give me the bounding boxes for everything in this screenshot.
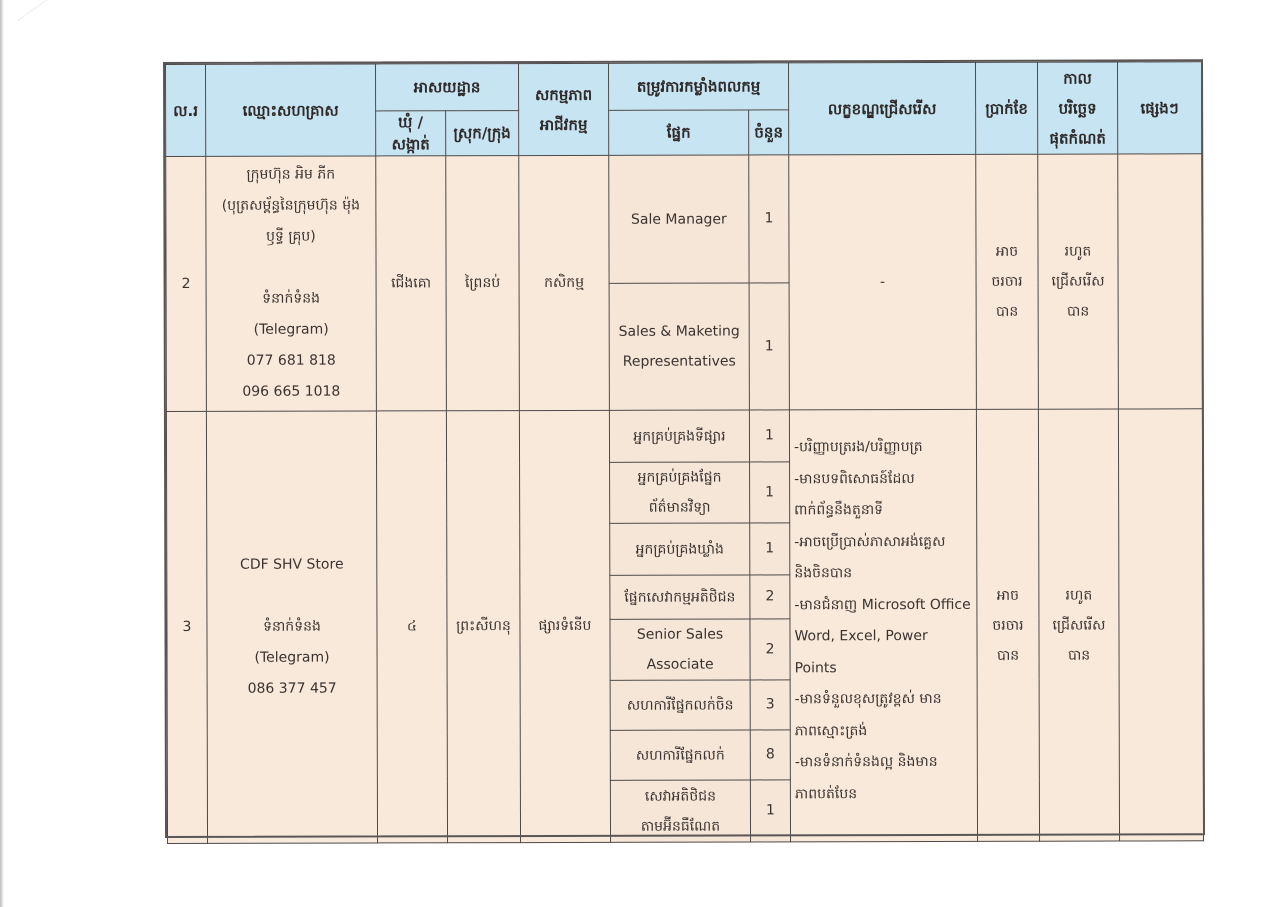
position-cell: Sales & MaketingRepresentatives xyxy=(609,283,749,410)
position-name-line: ផ្នែកសេវាកម្មអតិថិជន xyxy=(614,582,745,612)
phone-number: 086 377 457 xyxy=(212,673,373,704)
spacer xyxy=(210,252,371,283)
qualification-line: -បរិញ្ញាបត្ររង/បរិញ្ញាបត្រ xyxy=(794,432,972,464)
quantity-cell: 2 xyxy=(750,575,790,619)
header-position: ផ្នែក xyxy=(609,110,749,155)
quantity-cell: 1 xyxy=(749,283,789,410)
qualifications-cell: -បរិញ្ញាបត្ររង/បរិញ្ញាបត្រ-មានបទពិសោធន៍ដ… xyxy=(789,409,977,841)
qualification-line: -មានបទពិសោធន៍ដែល xyxy=(794,463,972,495)
table-body: 2ក្រុមហ៊ុន អិម ភីក(បុត្រសម្ព័ន្ធនៃក្រុមហ… xyxy=(166,154,1204,844)
quantity-cell: 3 xyxy=(750,680,790,730)
header-company-name: ឈ្មោះសហគ្រាស xyxy=(206,64,376,156)
scan-artifact xyxy=(17,0,66,44)
header-no: ល.រ xyxy=(166,64,206,156)
header-deadline-line: បរិច្ឆេទ xyxy=(1042,93,1113,123)
job-vacancy-table: ល.រ ឈ្មោះសហគ្រាស អាសយដ្ឋាន សកម្មភាព អាជី… xyxy=(165,61,1204,844)
phone-number: 096 665 1018 xyxy=(211,376,372,407)
header-other: ផ្សេងៗ xyxy=(1117,62,1201,154)
position-cell: ផ្នែកសេវាកម្មអតិថិជន xyxy=(610,575,750,619)
salary-line: ចរចារ xyxy=(981,267,1034,297)
table-header: ល.រ ឈ្មោះសហគ្រាស អាសយដ្ឋាន សកម្មភាព អាជី… xyxy=(166,62,1202,157)
qualification-line: ភាពស្មោះត្រង់ xyxy=(795,715,973,747)
quantity-cell: 1 xyxy=(750,780,790,842)
business-activity-cell: ផ្សារទំនើប xyxy=(519,410,610,842)
quantity-cell: 1 xyxy=(749,410,789,462)
district-cell: ព្រះសីហនុ xyxy=(446,411,520,843)
other-cell xyxy=(1118,154,1203,409)
quantity-cell: 1 xyxy=(749,155,789,283)
spacer xyxy=(211,580,372,611)
qualifications-cell: - xyxy=(789,154,977,409)
business-activity-cell: កសិកម្ម xyxy=(519,155,610,410)
position-name-line: Representatives xyxy=(614,346,745,376)
position-name-line: សេវាអតិថិជន xyxy=(615,781,746,811)
company-name-line: ក្រុមហ៊ុន អិម ភីក xyxy=(210,159,371,190)
header-qualifications: លក្ខខណ្ឌជ្រើសរើស xyxy=(788,62,975,154)
position-cell: អ្នកគ្រប់គ្រងឃ្លាំង xyxy=(610,523,750,575)
header-business-activity: សកម្មភាព អាជីវកម្ម xyxy=(519,63,609,155)
salary-cell: អាចចរចារបាន xyxy=(976,409,1039,841)
qualification-line: -មានទំនាក់ទំនងល្អ និងមាន xyxy=(795,747,973,779)
contact-channel: (Telegram) xyxy=(211,314,372,345)
header-deadline-line: កាល xyxy=(1042,63,1113,93)
salary-line: អាច xyxy=(981,580,1034,610)
position-name-line: សហការីផ្នែកលក់ចិន xyxy=(615,690,746,720)
deadline-cell: រហូតជ្រើសរើសបាន xyxy=(1038,409,1119,841)
qualification-line: ពាក់ព័ន្ធនឹងតួនាទី xyxy=(794,495,972,527)
commune-cell: ជើងគោ xyxy=(376,156,447,411)
deadline-cell: រហូតជ្រើសរើសបាន xyxy=(1038,154,1119,409)
position-name-line: សហការីផ្នែកលក់ xyxy=(615,740,746,770)
contact-channel: (Telegram) xyxy=(212,642,373,673)
position-cell: សហការីផ្នែកលក់ចិន xyxy=(610,680,750,730)
qualification-line: ភាពបត់បែន xyxy=(795,778,973,810)
contact-label: ទំនាក់ទំនង xyxy=(211,283,372,314)
qualification-line: និងចិនបាន xyxy=(794,558,972,590)
company-cell: CDF SHV Storeទំនាក់ទំនង(Telegram)086 377… xyxy=(206,411,377,843)
position-cell: Sale Manager xyxy=(609,155,749,283)
header-deadline-line: ផុតកំណត់ xyxy=(1042,123,1113,153)
table-row: 2ក្រុមហ៊ុន អិម ភីក(បុត្រសម្ព័ន្ធនៃក្រុមហ… xyxy=(166,154,1202,285)
header-business-activity-line: អាជីវកម្ម xyxy=(523,109,604,139)
header-salary: ប្រាក់ខែ xyxy=(975,62,1037,154)
deadline-line: ជ្រើសរើស xyxy=(1043,610,1114,640)
quantity-cell: 1 xyxy=(750,523,790,575)
position-cell: សេវាអតិថិជនតាមអ៊ីនធឺណែត xyxy=(610,780,750,842)
position-name-line: តាមអ៊ីនធឺណែត xyxy=(615,811,746,841)
row-number: 3 xyxy=(166,411,207,843)
header-labor-demand: តម្រូវការកម្លាំងពលកម្ម xyxy=(608,63,788,110)
company-name-line: ឫទ្ធី គ្រុប) xyxy=(210,221,371,252)
qualification-line: Word, Excel, Power Points xyxy=(794,621,972,684)
district-cell: ព្រៃនប់ xyxy=(446,156,520,411)
deadline-line: រហូត xyxy=(1042,237,1113,267)
salary-cell: អាចចរចារបាន xyxy=(976,154,1039,409)
position-name-line: Senior Sales xyxy=(614,619,745,649)
position-name-line: អ្នកគ្រប់គ្រងឃ្លាំង xyxy=(614,534,745,564)
other-cell xyxy=(1118,409,1203,841)
position-cell: Senior SalesAssociate xyxy=(610,619,750,680)
position-name-line: អ្នកគ្រប់គ្រងទីផ្សារ xyxy=(614,421,745,451)
scan-page-edge xyxy=(0,0,4,907)
company-cell: ក្រុមហ៊ុន អិម ភីក(បុត្រសម្ព័ន្ធនៃក្រុមហ៊… xyxy=(206,156,377,411)
position-name-line: Associate xyxy=(615,649,746,679)
header-district: ស្រុក/ក្រុង xyxy=(446,111,519,156)
deadline-line: បាន xyxy=(1043,297,1114,327)
quantity-cell: 1 xyxy=(750,462,790,523)
company-name-line: CDF SHV Store xyxy=(211,549,372,580)
quantity-cell: 2 xyxy=(750,619,790,680)
position-cell: អ្នកគ្រប់គ្រងទីផ្សារ xyxy=(609,410,749,462)
position-name-line: អ្នកគ្រប់គ្រងផ្នែក xyxy=(614,462,745,492)
position-cell: សហការីផ្នែកលក់ xyxy=(610,730,750,780)
salary-line: ចរចារ xyxy=(981,610,1034,640)
position-name-line: Sale Manager xyxy=(613,204,744,234)
contact-label: ទំនាក់ទំនង xyxy=(211,611,372,642)
qualification-line: -មានជំនាញ Microsoft Office xyxy=(794,589,972,621)
salary-line: បាន xyxy=(981,297,1034,327)
qualification-line: -មានទំនួលខុសត្រូវខ្ពស់ មាន xyxy=(795,684,973,716)
header-deadline: កាល បរិច្ឆេទ ផុតកំណត់ xyxy=(1037,62,1117,154)
header-quantity: ចំនួន xyxy=(749,110,789,155)
phone-number: 077 681 818 xyxy=(211,345,372,376)
salary-line: អាច xyxy=(980,237,1033,267)
salary-line: បាន xyxy=(982,640,1035,670)
commune-cell: ៤ xyxy=(376,411,447,843)
deadline-line: រហូត xyxy=(1043,580,1114,610)
qualification-line: -អាចប្រើប្រាស់ភាសាអង់គ្លេស xyxy=(794,526,972,558)
deadline-line: បាន xyxy=(1044,640,1115,670)
header-commune: ឃុំ /សង្កាត់ xyxy=(376,111,446,156)
position-cell: អ្នកគ្រប់គ្រងផ្នែកព័ត៌មានវិទ្យា xyxy=(610,462,750,523)
position-name-line: ព័ត៌មានវិទ្យា xyxy=(614,492,745,522)
table-row: 3CDF SHV Storeទំនាក់ទំនង(Telegram)086 37… xyxy=(166,409,1202,464)
position-name-line: Sales & Maketing xyxy=(614,316,745,346)
company-name-line: (បុត្រសម្ព័ន្ធនៃក្រុមហ៊ុន ម៉ុង xyxy=(210,190,371,221)
quantity-cell: 8 xyxy=(750,730,790,780)
deadline-line: ជ្រើសរើស xyxy=(1043,267,1114,297)
header-business-activity-line: សកម្មភាព xyxy=(523,79,604,109)
row-number: 2 xyxy=(166,156,207,411)
header-address: អាសយដ្ឋាន xyxy=(376,64,519,111)
